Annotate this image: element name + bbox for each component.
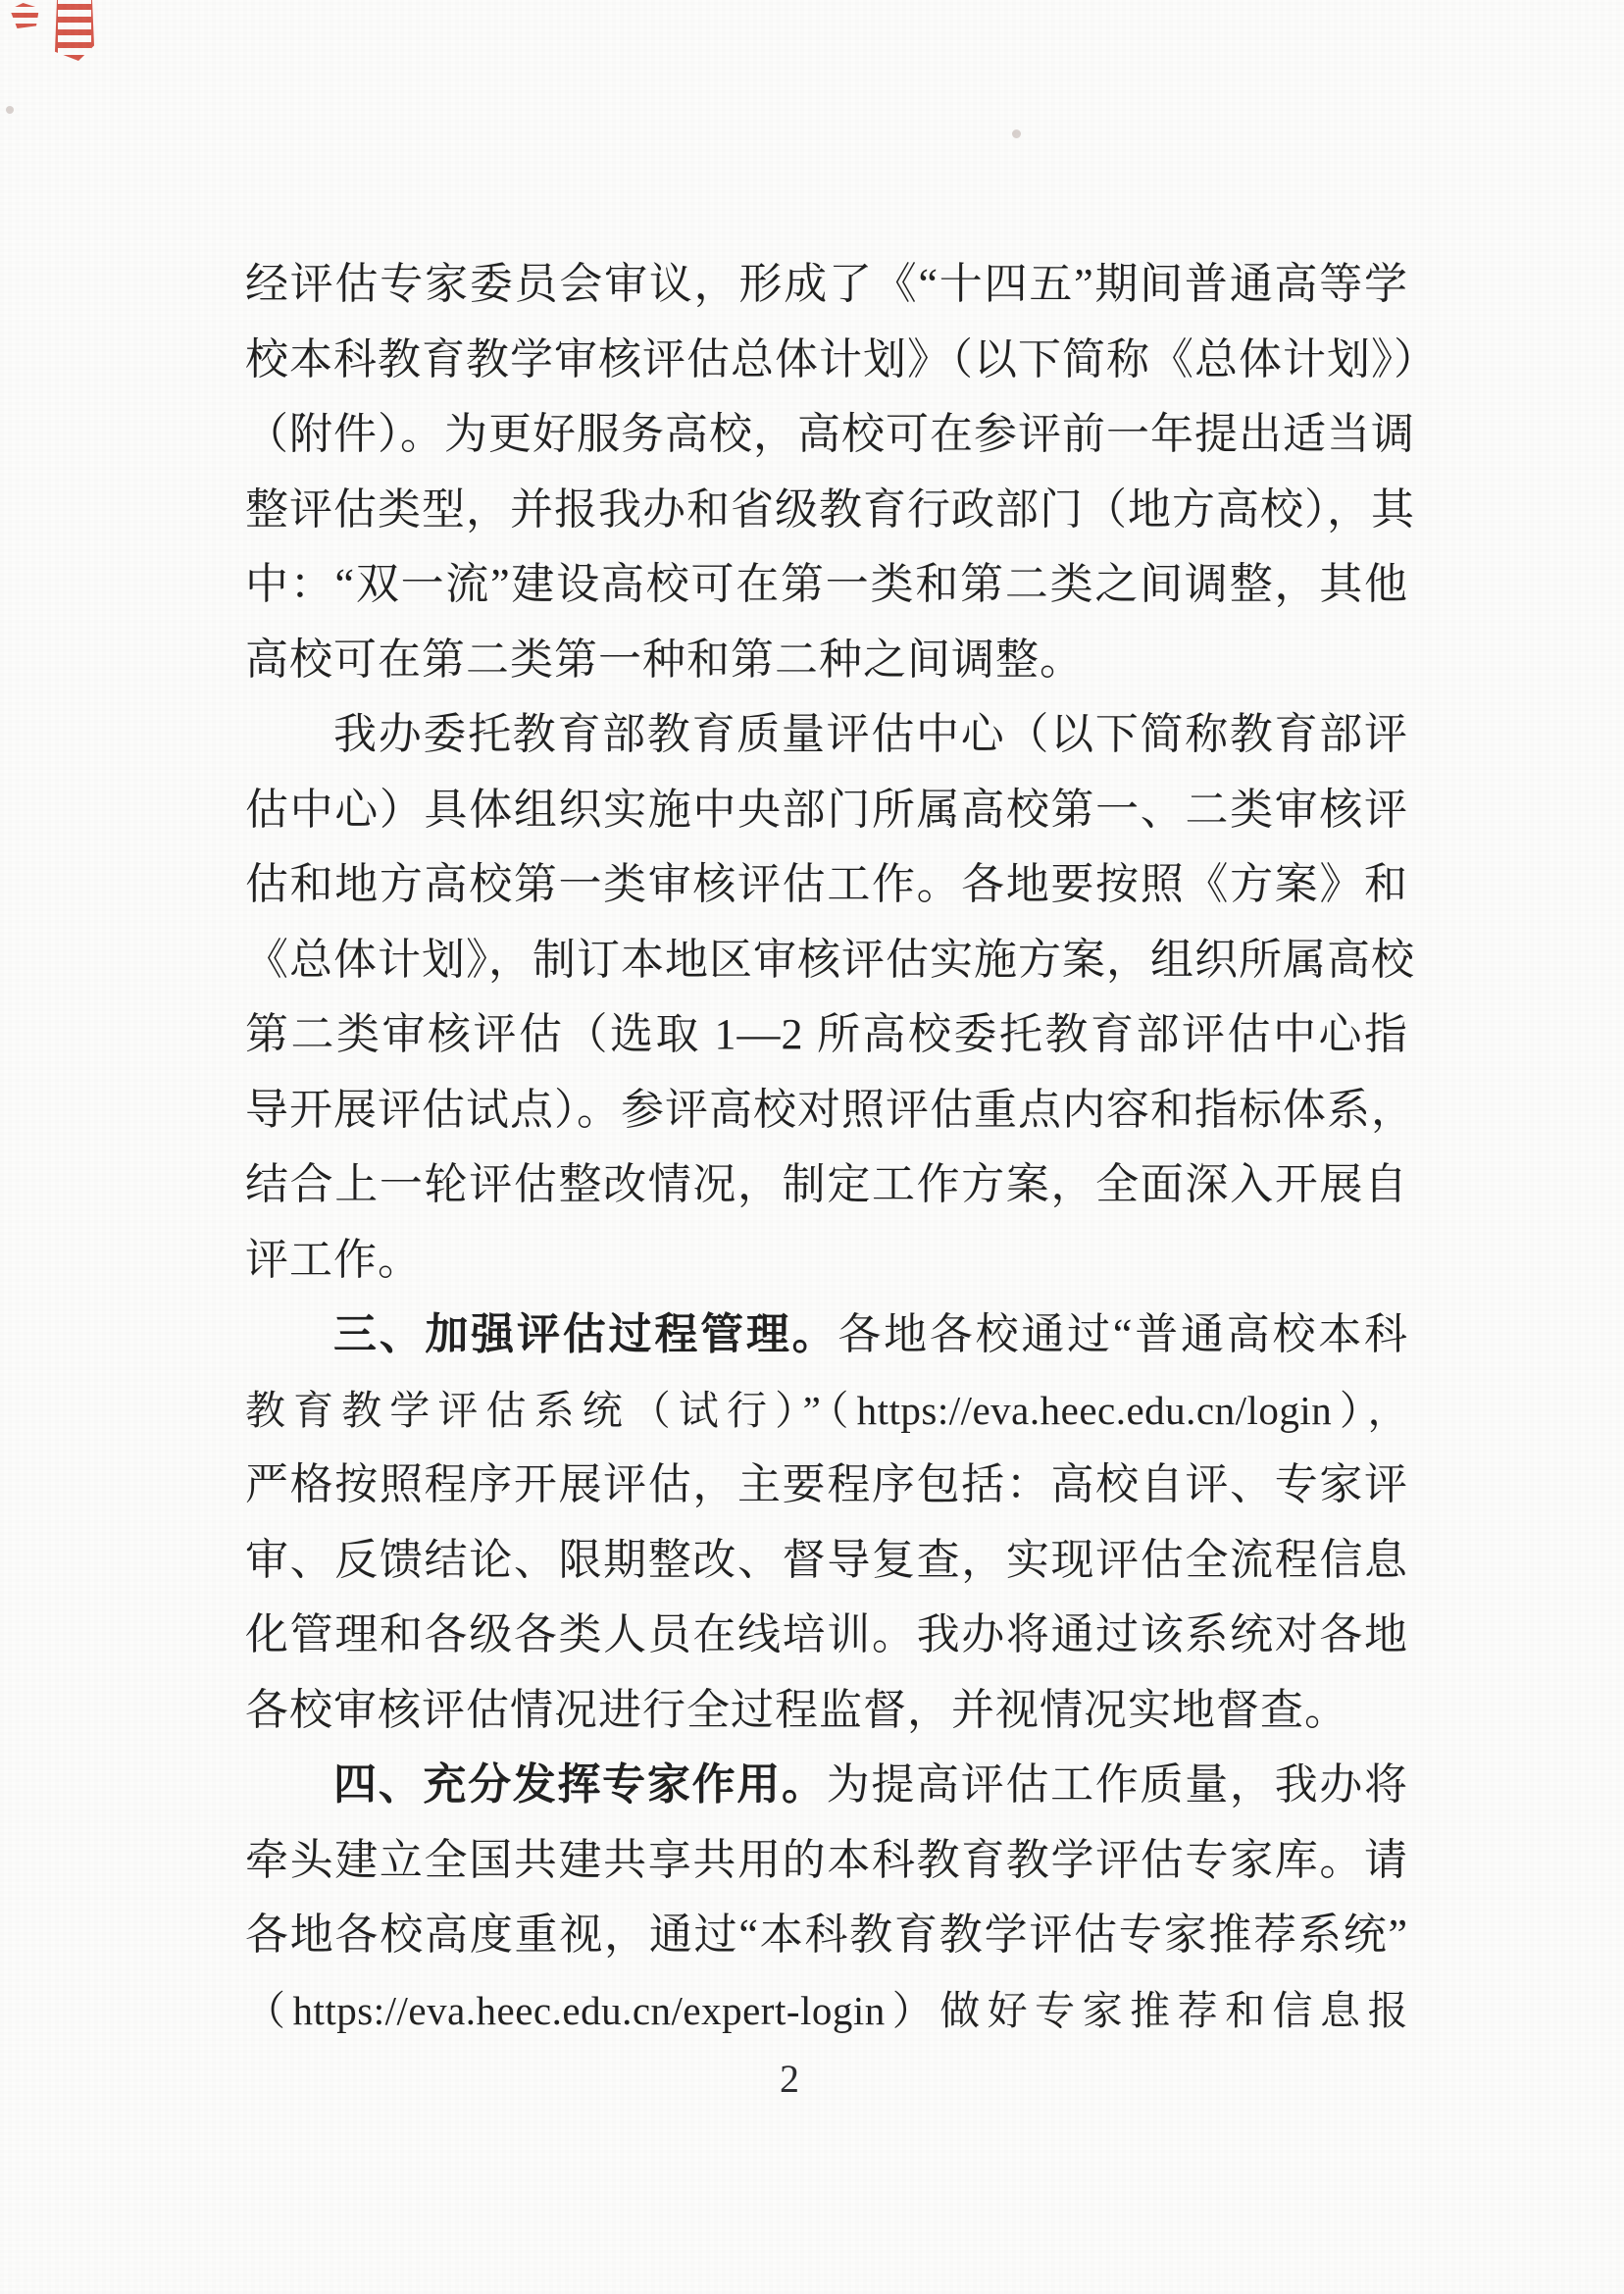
text-line: 牵头建立全国共建共享共用的本科教育教学评估专家库。请 xyxy=(245,1823,1408,1899)
red-ink-fragment xyxy=(10,3,39,28)
line-text: 校本科教育教学审核评估总体计划》（以下简称《总体计划》） xyxy=(245,335,1438,383)
line-text: 估中心）具体组织实施中央部门所属高校第一、二类审核评 xyxy=(245,786,1408,834)
text-line: 导开展评估试点）。参评高校对照评估重点内容和指标体系， xyxy=(245,1073,1408,1148)
line-text: 为提高评估工作质量，我办将 xyxy=(827,1760,1408,1809)
section-heading: 四、充分发挥专家作用。 xyxy=(333,1760,827,1809)
line-text: （附件）。为更好服务高校，高校可在参评前一年提出适当调 xyxy=(245,410,1415,458)
line-text: 牵头建立全国共建共享共用的本科教育教学评估专家库。请 xyxy=(245,1836,1408,1884)
line-text: 审、反馈结论、限期整改、督导复查，实现评估全流程信息 xyxy=(245,1536,1408,1584)
red-ink-fragment xyxy=(55,0,94,61)
text-line: 审、反馈结论、限期整改、督导复查，实现评估全流程信息 xyxy=(245,1523,1408,1599)
line-text: 中：“双一流”建设高校可在第一类和第二类之间调整，其他 xyxy=(245,560,1408,608)
line-text: 《总体计划》，制订本地区审核评估实施方案，组织所属高校 xyxy=(245,936,1415,984)
text-line: 校本科教育教学审核评估总体计划》（以下简称《总体计划》） xyxy=(245,323,1408,398)
text-line: （https://eva.heec.edu.cn/expert-login）做好… xyxy=(245,1973,1408,2049)
text-line: 我办委托教育部教育质量评估中心（以下简称教育部评 xyxy=(245,697,1408,773)
line-text: 经评估专家委员会审议，形成了《“十四五”期间普通高等学 xyxy=(245,260,1408,308)
line-text: 我办委托教育部教育质量评估中心（以下简称教育部评 xyxy=(333,710,1408,758)
text-line: 估和地方高校第一类审核评估工作。各地要按照《方案》和 xyxy=(245,847,1408,923)
line-text: 估和地方高校第一类审核评估工作。各地要按照《方案》和 xyxy=(245,860,1408,908)
line-text: 严格按照程序开展评估，主要程序包括：高校自评、专家评 xyxy=(245,1460,1408,1508)
line-text: 导开展评估试点）。参评高校对照评估重点内容和指标体系， xyxy=(245,1086,1415,1134)
text-line: （附件）。为更好服务高校，高校可在参评前一年提出适当调 xyxy=(245,397,1408,473)
text-line: 估中心）具体组织实施中央部门所属高校第一、二类审核评 xyxy=(245,773,1408,848)
line-text: （https://eva.heec.edu.cn/expert-login）做好… xyxy=(245,1988,1408,2033)
line-text: 各地各校通过“普通高校本科 xyxy=(837,1310,1408,1358)
text-line: 教育教学评估系统（试行）”（https://eva.heec.edu.cn/lo… xyxy=(245,1373,1408,1449)
scanned-document-page: 经评估专家委员会审议，形成了《“十四五”期间普通高等学校本科教育教学审核评估总体… xyxy=(0,0,1624,2294)
document-body: 经评估专家委员会审议，形成了《“十四五”期间普通高等学校本科教育教学审核评估总体… xyxy=(245,247,1408,2048)
text-line: 各校审核评估情况进行全过程监督，并视情况实地督查。 xyxy=(245,1673,1408,1749)
scan-speck xyxy=(6,106,14,114)
text-line: 严格按照程序开展评估，主要程序包括：高校自评、专家评 xyxy=(245,1448,1408,1523)
line-text: 评工作。 xyxy=(245,1236,422,1284)
line-text: 第二类审核评估（选取 1—2 所高校委托教育部评估中心指 xyxy=(245,1010,1408,1058)
text-line: 《总体计划》，制订本地区审核评估实施方案，组织所属高校 xyxy=(245,923,1408,998)
text-line: 结合上一轮评估整改情况，制定工作方案，全面深入开展自 xyxy=(245,1147,1408,1223)
text-line: 整评估类型，并报我办和省级教育行政部门（地方高校），其 xyxy=(245,473,1408,548)
line-text: 化管理和各级各类人员在线培训。我办将通过该系统对各地 xyxy=(245,1610,1408,1658)
line-text: 各地各校高度重视，通过“本科教育教学评估专家推荐系统” xyxy=(245,1911,1408,1959)
text-line: 中：“双一流”建设高校可在第一类和第二类之间调整，其他 xyxy=(245,547,1408,623)
text-line: 各地各校高度重视，通过“本科教育教学评估专家推荐系统” xyxy=(245,1898,1408,1973)
text-line: 评工作。 xyxy=(245,1223,1408,1299)
text-line: 三、加强评估过程管理。各地各校通过“普通高校本科 xyxy=(245,1298,1408,1373)
line-text: 高校可在第二类第一种和第二种之间调整。 xyxy=(245,636,1084,684)
text-line: 经评估专家委员会审议，形成了《“十四五”期间普通高等学 xyxy=(245,247,1408,323)
line-text: 结合上一轮评估整改情况，制定工作方案，全面深入开展自 xyxy=(245,1160,1408,1208)
line-text: 各校审核评估情况进行全过程监督，并视情况实地督查。 xyxy=(245,1686,1348,1734)
line-text: 整评估类型，并报我办和省级教育行政部门（地方高校），其 xyxy=(245,485,1415,534)
text-line: 高校可在第二类第一种和第二种之间调整。 xyxy=(245,623,1408,698)
text-line: 第二类审核评估（选取 1—2 所高校委托教育部评估中心指 xyxy=(245,997,1408,1073)
scan-speck xyxy=(1012,129,1021,138)
page-number: 2 xyxy=(0,2056,1579,2102)
text-line: 四、充分发挥专家作用。为提高评估工作质量，我办将 xyxy=(245,1748,1408,1823)
text-line: 化管理和各级各类人员在线培训。我办将通过该系统对各地 xyxy=(245,1598,1408,1673)
section-heading: 三、加强评估过程管理。 xyxy=(333,1310,837,1358)
line-text: 教育教学评估系统（试行）”（https://eva.heec.edu.cn/lo… xyxy=(245,1388,1408,1433)
